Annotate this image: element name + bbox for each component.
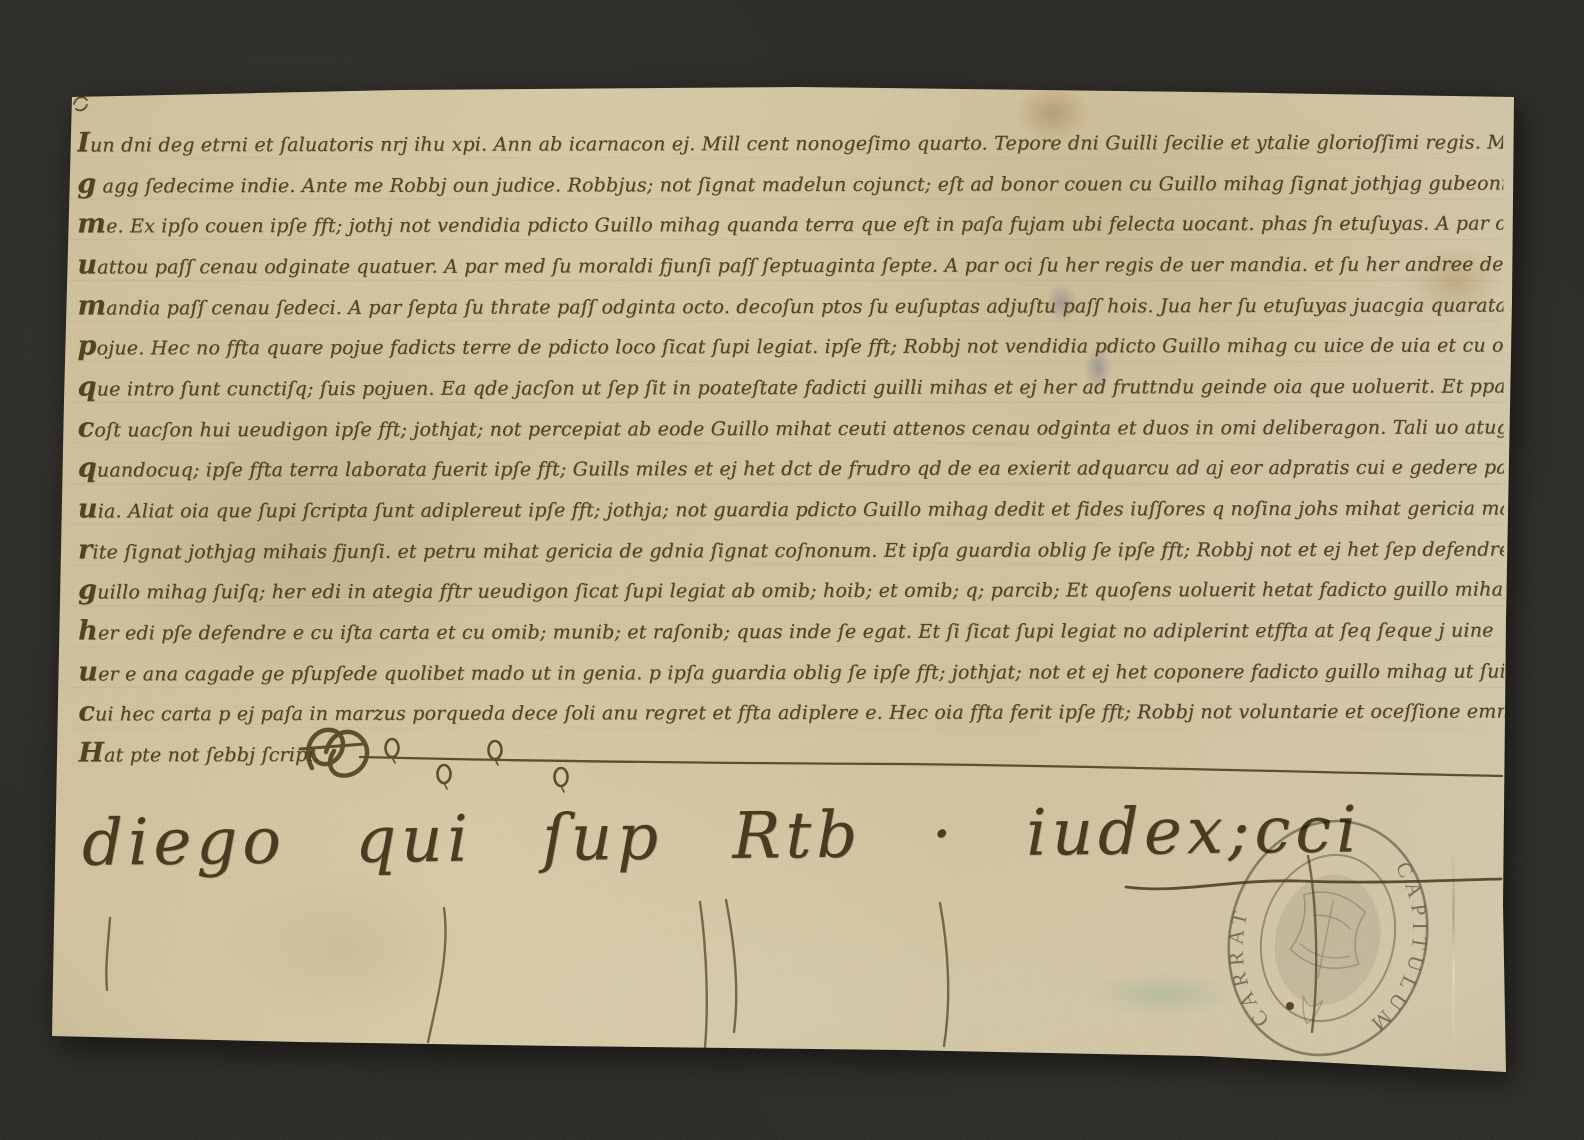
charter-text-line: me. Ex ipſo couen ipſe fft; jothj not ve…	[77, 201, 1503, 245]
photograph: Iun dni deg etrni et ſaluatoris nrj ihu …	[0, 0, 1584, 1140]
charter-text-line: quandocuq; ipſe ffta terra laborata fuer…	[78, 445, 1504, 489]
charter-text-line: que intro ſunt cunctiſq; ſuis pojuen. Ea…	[78, 364, 1504, 408]
charter-text-line: guillo mihag ſuiſq; her edi in ategia ff…	[78, 567, 1504, 611]
parchment: Iun dni deg etrni et ſaluatoris nrj ihu …	[0, 0, 1584, 1140]
charter-text-line: rite ſignat jothjag mihais fjunſi. et pe…	[78, 527, 1504, 571]
notary-signature: diego qui ſup Rtb · iudex;cci	[82, 795, 1362, 879]
charter-text-line: coſt uacſon hui ueudigon ipſe fft; jothj…	[78, 405, 1504, 449]
charter-text-line: mandia paſſ cenau ſedeci. A par ſepta ſu…	[77, 283, 1503, 327]
stain-brown-top-right	[1368, 8, 1458, 86]
charter-text-line: Iun dni deg etrni et ſaluatoris nrj ihu …	[77, 120, 1503, 164]
charter-text-line: her edi pſe defendre e cu iſta carta et …	[78, 608, 1504, 652]
charter-text-line: Hat pte not ſebbj ſcripi.	[78, 730, 1504, 774]
charter-text-line: uia. Aliat oia que ſupi ſcripta ſunt adi…	[78, 486, 1504, 530]
charter-text-line: uer e ana cagade ge pſupſede quolibet ma…	[78, 649, 1504, 693]
archive-stamp: CAPITULUM CARRAT	[1198, 790, 1458, 1090]
stain-brown-top-right-2	[1222, 14, 1280, 66]
charter-text-line: g agg ſedecime indie. Ante me Robbj oun …	[77, 161, 1503, 205]
charter-text-line: pojue. Hec no ffta quare pojue fadicts t…	[77, 323, 1503, 367]
charter-text-line: uattou paſſ cenau odginate quatuer. A pa…	[77, 242, 1503, 286]
parchment-shadow: Iun dni deg etrni et ſaluatoris nrj ihu …	[0, 0, 1584, 1140]
charter-text-line: cui hec carta p ej paſa in marzus porque…	[78, 689, 1504, 733]
